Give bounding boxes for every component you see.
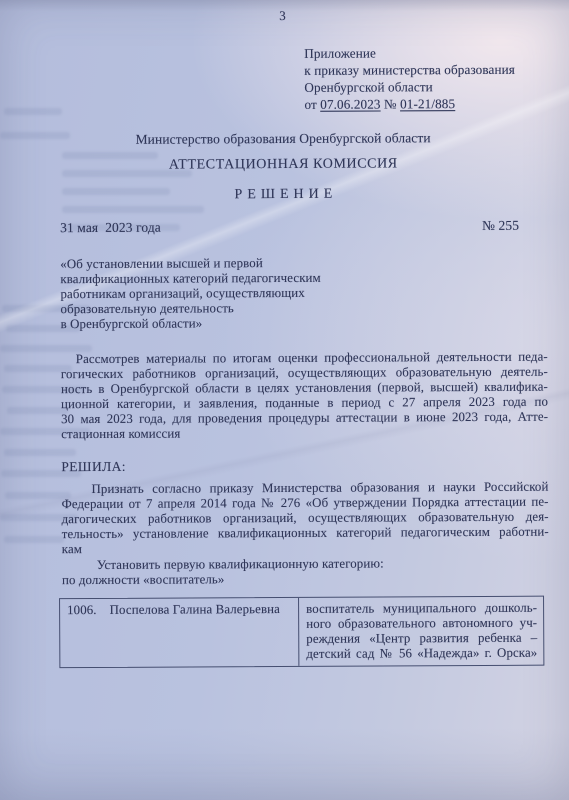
attestation-table: 1006. Поспелова Галина Валерьевна воспит…	[59, 596, 544, 669]
text-line: воспитатель муниципального дошколь-	[306, 601, 537, 617]
text-line: 30 мая 2023 года, для проведения процеду…	[61, 410, 548, 428]
document-sheet: 3 Приложениек приказу министерства образ…	[0, 0, 569, 800]
considering-paragraph: Рассмотрев материалы по итогам оценки пр…	[61, 350, 548, 443]
row-number: 1006.	[67, 603, 97, 663]
text-line: стационная комиссия	[61, 425, 548, 443]
recognize-paragraph: Признать согласно приказу Министерства о…	[61, 480, 548, 558]
text-line: ного образовательного автономного уч-	[306, 616, 537, 632]
appendix-ref-number: 01-21/885	[400, 96, 455, 111]
decision-number: № 255	[482, 218, 519, 233]
decision-date: 31 мая 2023 года	[60, 220, 161, 236]
text-line: в Оренбургской области»	[61, 315, 481, 332]
teacher-name: Поспелова Галина Валерьевна	[110, 602, 281, 663]
text-line: к приказу министерства образования	[304, 61, 564, 79]
document-type-heading: РЕШЕНИЕ	[0, 186, 568, 204]
appendix-ref-line: от 07.06.2023 № 01-21/885	[304, 95, 564, 113]
subject-block: «Об установлении высшей и первойквалифик…	[60, 255, 480, 332]
appendix-ref-join: №	[381, 96, 401, 111]
table-row-description-cell: воспитатель муниципального дошколь-ного …	[299, 597, 543, 666]
position-line: по должности «воспитатель»	[62, 571, 549, 589]
document-photo: 3 Приложениек приказу министерства образ…	[0, 0, 569, 800]
text-line: Приложение	[304, 44, 564, 62]
text-line: детский сад № 56 «Надежда» г. Орска»	[306, 646, 537, 662]
text-line: кам	[62, 540, 549, 558]
text-line: реждения «Центр развития ребенка –	[306, 631, 537, 647]
resolved-label: РЕШИЛА:	[61, 459, 126, 474]
appendix-lines: Приложениек приказу министерства образов…	[304, 44, 564, 96]
table-row-left-cell: 1006. Поспелова Галина Валерьевна	[60, 598, 299, 667]
ministry-heading: Министерство образования Оренбургской об…	[0, 130, 568, 148]
commission-heading: АТТЕСТАЦИОННАЯ КОМИССИЯ	[0, 156, 568, 174]
text-line: Оренбургской области	[304, 78, 564, 96]
appendix-ref-date: 07.06.2023	[320, 96, 380, 111]
appendix-ref-prefix: от	[304, 97, 320, 112]
appendix-block: Приложениек приказу министерства образов…	[304, 44, 564, 113]
text-line: тельность» установление квалификационных…	[62, 525, 549, 543]
page-number: 3	[0, 7, 567, 25]
